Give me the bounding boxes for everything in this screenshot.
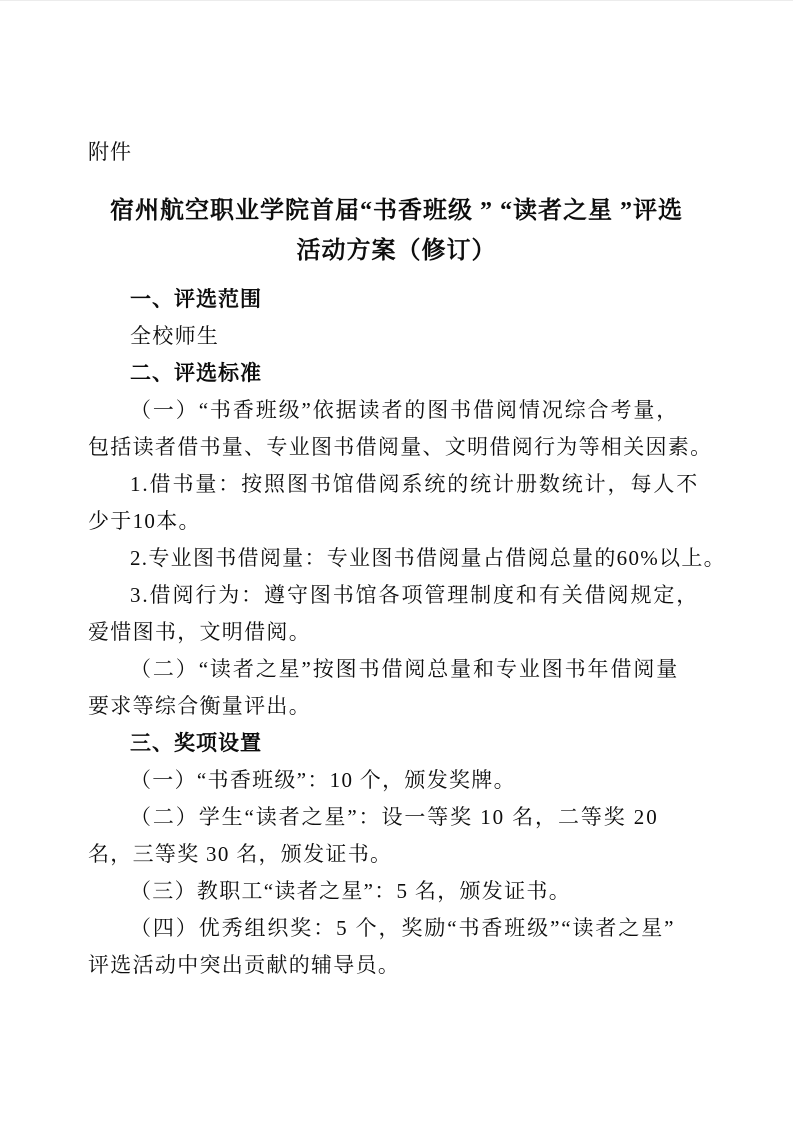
body-line: （三）教职工“读者之星”：5 名，颁发证书。 — [88, 873, 705, 910]
body-line: 名，三等奖 30 名，颁发证书。 — [88, 836, 705, 873]
body-line: （一）“书香班级”：10 个，颁发奖牌。 — [88, 762, 705, 799]
body-line: （四）优秀组织奖：5 个，奖励“书香班级”“读者之星” — [88, 910, 705, 947]
body-line: 评选活动中突出贡献的辅导员。 — [88, 947, 705, 984]
body-line: 1.借书量：按照图书馆借阅系统的统计册数统计，每人不 — [88, 466, 705, 503]
body-line: （一）“书香班级”依据读者的图书借阅情况综合考量， — [88, 392, 705, 429]
body-line: 3.借阅行为：遵守图书馆各项管理制度和有关借阅规定， — [88, 577, 705, 614]
document-body: 一、评选范围全校师生二、评选标准（一）“书香班级”依据读者的图书借阅情况综合考量… — [88, 281, 705, 984]
body-line: 少于10本。 — [88, 503, 705, 540]
body-line: 爱惜图书，文明借阅。 — [88, 614, 705, 651]
document-title-line1: 宿州航空职业学院首届“书香班级 ” “读者之星 ”评选 — [110, 198, 683, 224]
body-line: （二）学生“读者之星”：设一等奖 10 名，二等奖 20 — [88, 799, 705, 836]
body-line: 要求等综合衡量评出。 — [88, 688, 705, 725]
body-line: （二）“读者之星”按图书借阅总量和专业图书年借阅量 — [88, 651, 705, 688]
heading-line: 三、奖项设置 — [88, 725, 705, 762]
body-line: 全校师生 — [88, 318, 705, 355]
document-page: 附件 宿州航空职业学院首届“书香班级 ” “读者之星 ”评选 活动方案（修订） … — [0, 0, 793, 1122]
attachment-label: 附件 — [88, 139, 705, 167]
document-title: 宿州航空职业学院首届“书香班级 ” “读者之星 ”评选 活动方案（修订） — [88, 191, 705, 271]
heading-line: 二、评选标准 — [88, 355, 705, 392]
body-line: 2.专业图书借阅量：专业图书借阅量占借阅总量的60%以上。 — [88, 540, 705, 577]
heading-line: 一、评选范围 — [88, 281, 705, 318]
body-line: 包括读者借书量、专业图书借阅量、文明借阅行为等相关因素。 — [88, 429, 705, 466]
document-title-line2: 活动方案（修订） — [297, 238, 497, 264]
